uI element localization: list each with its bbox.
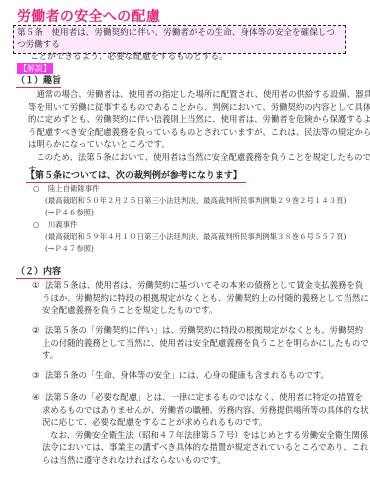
text-line: 的に定めずとも、労働契約に伴い信義則上当然に、使用者は、労働者を危険から保護する… [28, 113, 348, 126]
case-name: 川義事件 [42, 220, 78, 229]
text-line: 法令においては、事業主の講ずべき具体的な措置が規定されているところであり、これ [32, 441, 350, 454]
text-line: 法第５条は、使用者は、労働契約に基づいてその本来の債務として賃金支払義務を負 [45, 280, 363, 290]
case-citation: (最高裁昭和５０年２月２５日第三小法廷判決、最高裁判所民事判例集２９巻２号１４３… [33, 195, 346, 207]
section-heading-content: （２）内容 [16, 266, 61, 279]
article-line: ことができるよう、必要な配慮をするものとする。 [17, 51, 342, 63]
text-line: らは当然に遵守されなければならないものです。 [32, 454, 350, 467]
content-item-2: ② 法第５条の「労働契約に伴い」は、労働契約に特段の根拠規定がなくとも、労働契約… [32, 324, 350, 362]
item-number: ④ [32, 392, 40, 402]
text-line: 法第５条の「労働契約に伴い」は、労働契約に特段の根拠規定がなくとも、労働契約 [45, 325, 363, 335]
text-line: 法第５条の「生命、身体等の安全」には、心身の健康も含まれるものです。 [45, 370, 329, 380]
case-item: ○ 川義事件 [33, 219, 346, 231]
text-line: 況に応じて、必要な配慮をすることが求められるものです。 [32, 416, 350, 429]
content-item-1: ① 法第５条は、使用者は、労働契約に基づいてその本来の債務として賃金支払義務を負… [32, 279, 350, 317]
text-line: は明らかになっていないところです。 [28, 138, 348, 151]
circle-bullet-icon: ○ [33, 220, 39, 229]
page-title: 労働者の安全への配慮 [17, 6, 160, 26]
text-line: 法第５条の「必要な配慮」とは、一律に定まるものではなく、使用者に特定の措置を [45, 392, 363, 402]
text-line: 通常の場合、労働者は、使用者の指定した場所に配置され、使用者の供給する設備、器具 [28, 88, 348, 101]
text-line: 等を用いて労働に従事するものであることから、判例において、労働契約の内容として具… [28, 101, 348, 114]
section-heading-purpose: （１）趣旨 [16, 75, 61, 88]
case-citation: (最高裁昭和５９年４月１０日第三小法廷判決、最高裁判所民事判例集３８巻６号５５７… [33, 231, 346, 243]
case-list: ○ 陸上自衛隊事件 (最高裁昭和５０年２月２５日第三小法廷判決、最高裁判所民事判… [33, 183, 346, 255]
item-number: ② [32, 325, 40, 335]
case-name: 陸上自衛隊事件 [42, 184, 100, 193]
text-line: 上の付随的義務として当然に、使用者は安全配慮義務を負うことを明らかにしたもので [32, 337, 350, 350]
circle-bullet-icon: ○ [33, 184, 39, 193]
case-page-ref: (→Ｐ４６参照) [33, 207, 346, 219]
text-line: う配慮すべき安全配慮義務を負っているものとされていますが、これは、民法等の規定か… [28, 126, 348, 139]
content-item-3: ③ 法第５条の「生命、身体等の安全」には、心身の健康も含まれるものです。 [32, 369, 350, 382]
case-references-heading: 【第５条については、次の裁判例が参考になります】 [26, 170, 246, 183]
text-line: 安全配慮義務を負うことを規定したものです。 [32, 304, 350, 317]
section-purpose-body: 通常の場合、労働者は、使用者の指定した場所に配置され、使用者の供給する設備、器具… [28, 88, 348, 176]
article-line: 第５条 使用者は、労働契約に伴い、労働者がその生命、身体等の安全を確保しつつ労働… [17, 27, 342, 51]
case-item: ○ 陸上自衛隊事件 [33, 183, 346, 195]
item-number: ③ [32, 370, 40, 380]
item-number: ① [32, 280, 40, 290]
text-line: このため、法第５条において、使用者は当然に安全配慮義務を負うことを規定したもので [28, 151, 348, 164]
text-line: なお、労働安全衛生法（昭和４７年法律第５７号）をはじめとする労働安全衛生関係 [32, 429, 350, 442]
text-line: 求めるものではありませんが、労働者の職種、労務内容、労務提供場所等の具体的な状 [32, 404, 350, 417]
case-page-ref: (→Ｐ４７参照) [33, 243, 346, 255]
commentary-tag: 【解説】 [17, 63, 53, 74]
content-item-4: ④ 法第５条の「必要な配慮」とは、一律に定まるものではなく、使用者に特定の措置を… [32, 391, 350, 467]
article-text-box: 第５条 使用者は、労働契約に伴い、労働者がその生命、身体等の安全を確保しつつ労働… [13, 25, 346, 54]
text-line: うほか、労働契約に特段の根拠規定がなくとも、労働契約上の付随的義務として当然に [32, 292, 350, 305]
text-line: す。 [32, 349, 350, 362]
